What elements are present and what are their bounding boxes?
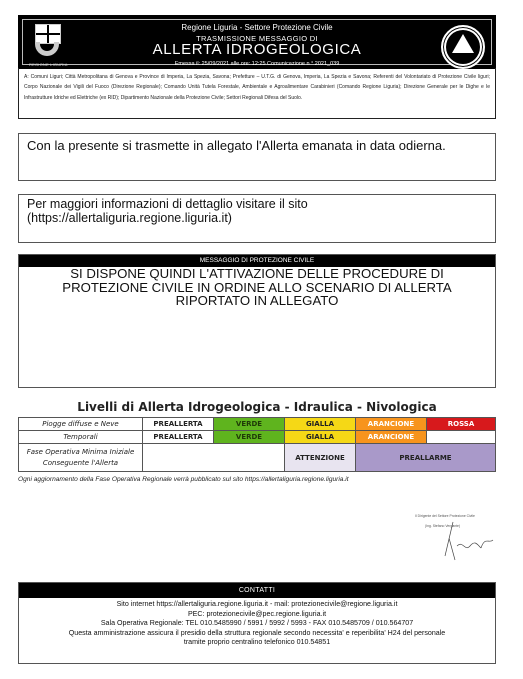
level-rossa: ROSSA [427, 418, 496, 431]
alert-levels-table: Piogge diffuse e Neve PREALLERTA VERDE G… [18, 417, 496, 472]
row-label: Piogge diffuse e Neve [19, 418, 143, 431]
organization-name: Regione Liguria - Settore Protezione Civ… [23, 23, 491, 32]
phase-preallarme: PREALLARME [356, 444, 496, 472]
recipients-list: A: Comuni Liguri; Città Metropolitana di… [18, 68, 496, 119]
levels-title: Livelli di Allerta Idrogeologica - Idrau… [18, 400, 496, 414]
contacts-box: CONTATTI Sito internet https://allertali… [18, 582, 496, 664]
table-row: Fase Operativa Minima Iniziale Conseguen… [19, 444, 496, 472]
document-header: REGIONE LIGURIA Regione Liguria - Settor… [18, 15, 496, 69]
handwritten-signature-icon [415, 516, 505, 564]
protezione-civile-logo-icon [441, 25, 485, 69]
phase-label-line: Fase Operativa Minima Iniziale [19, 447, 142, 458]
update-note: Ogni aggiornamento della Fase Operativa … [18, 476, 508, 483]
level-arancione: ARANCIONE [356, 431, 427, 444]
row-label: Temporali [19, 431, 143, 444]
contacts-body: Sito internet https://allertaliguria.reg… [19, 600, 495, 648]
header-frame: REGIONE LIGURIA Regione Liguria - Settor… [22, 19, 492, 65]
contact-phone: Sala Operativa Regionale: TEL 010.548599… [23, 619, 491, 629]
level-preallerta: PREALLERTA [143, 418, 214, 431]
level-arancione: ARANCIONE [356, 418, 427, 431]
info-message: Per maggiori informazioni di dettaglio v… [18, 194, 496, 243]
contact-pec[interactable]: PEC: protezionecivile@pec.regione.liguri… [23, 610, 491, 620]
phase-empty [143, 444, 285, 472]
level-preallerta: PREALLERTA [143, 431, 214, 444]
civil-protection-body: SI DISPONE QUINDI L'ATTIVAZIONE DELLE PR… [19, 267, 495, 308]
table-row: Temporali PREALLERTA VERDE GIALLA ARANCI… [19, 431, 496, 444]
table-row: Piogge diffuse e Neve PREALLERTA VERDE G… [19, 418, 496, 431]
level-verde: VERDE [214, 418, 285, 431]
level-gialla: GIALLA [285, 431, 356, 444]
civil-protection-message-box: MESSAGGIO DI PROTEZIONE CIVILE SI DISPON… [18, 254, 496, 388]
info-message-link[interactable]: (https://allertaliguria.regione.liguria.… [27, 211, 487, 225]
level-empty [427, 431, 496, 444]
level-gialla: GIALLA [285, 418, 356, 431]
signature-block: Il Dirigente del Settore Protezione Civi… [415, 514, 505, 564]
level-verde: VERDE [214, 431, 285, 444]
contact-availability: Questa amministrazione assicura il presi… [23, 629, 491, 639]
contact-website-mail[interactable]: Sito internet https://allertaliguria.reg… [23, 600, 491, 610]
phase-label: Fase Operativa Minima Iniziale Conseguen… [19, 444, 143, 472]
phase-attenzione: ATTENZIONE [285, 444, 356, 472]
header-title: ALLERTA IDROGEOLOGICA [23, 41, 491, 58]
phase-label-line: Conseguente l'Allerta [19, 458, 142, 469]
issued-info: Emessa il: 25/09/2021 alle ore: 12:25 Co… [23, 61, 491, 67]
info-message-line: Per maggiori informazioni di dettaglio v… [27, 197, 487, 211]
contacts-heading: CONTATTI [19, 583, 495, 598]
transmission-message: Con la presente si trasmette in allegato… [18, 133, 496, 181]
contact-switchboard: tramite proprio centralino telefonico 01… [23, 638, 491, 648]
